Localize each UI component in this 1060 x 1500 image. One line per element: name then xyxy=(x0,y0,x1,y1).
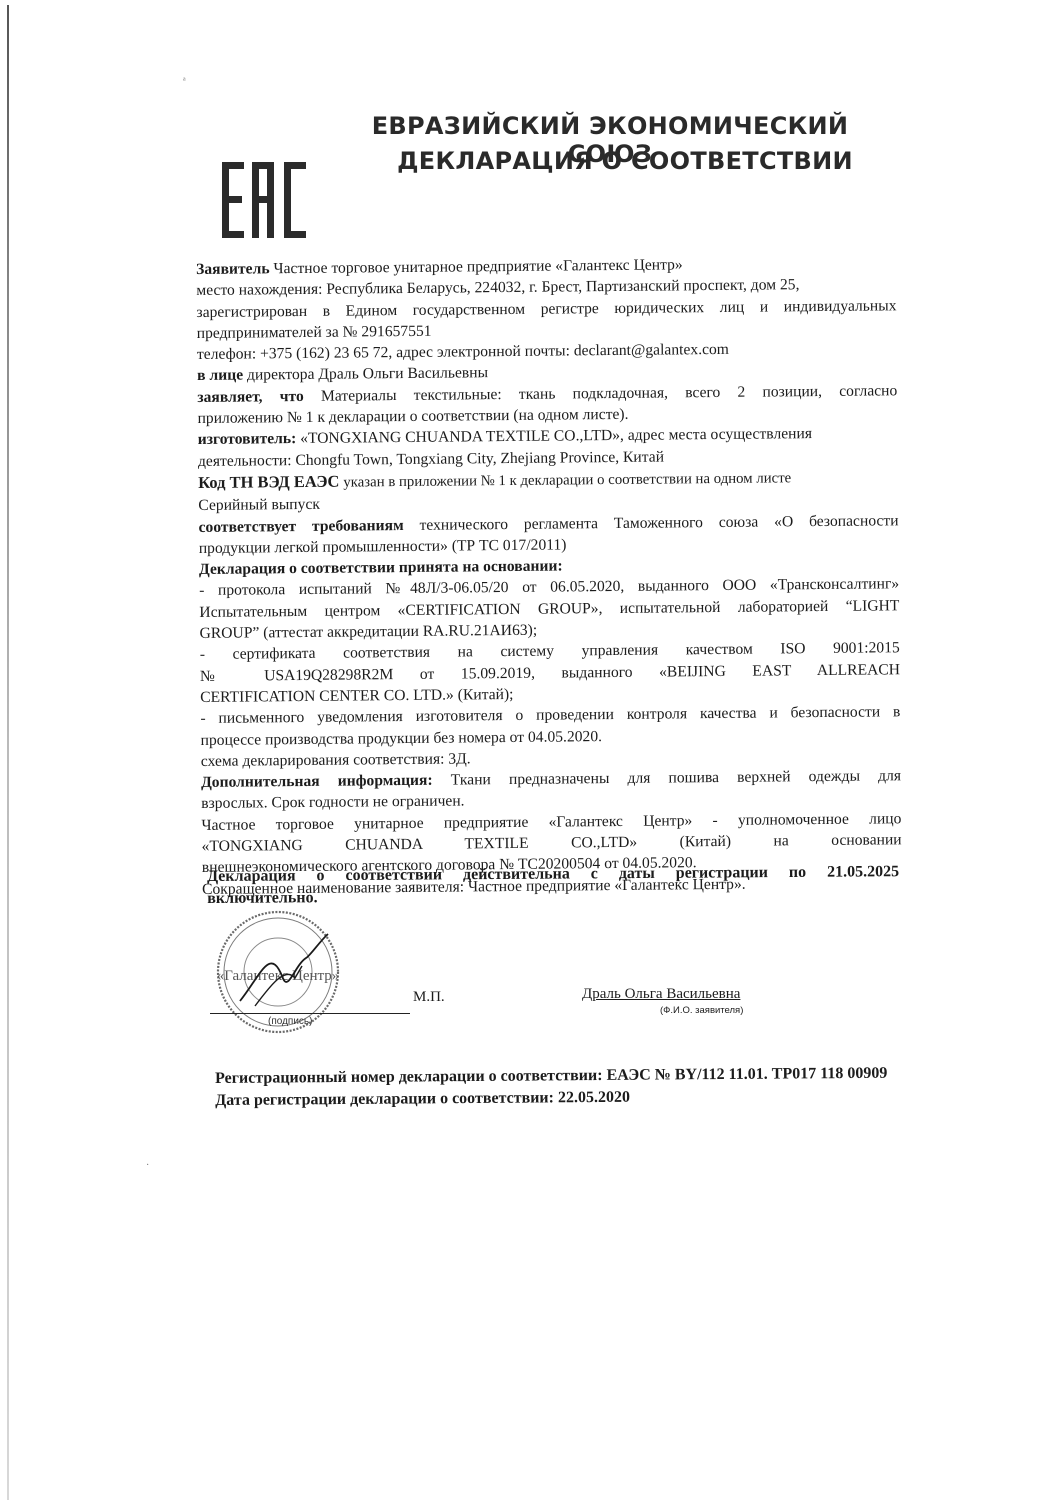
registration-block: Регистрационный номер декларации о соотв… xyxy=(215,1062,955,1112)
scan-speck: ᵃ xyxy=(183,75,186,86)
manufacturer-label: изготовитель: xyxy=(198,430,297,448)
additional-info-text: Ткани предназначены для пошива верхней о… xyxy=(451,767,901,788)
hs-code-label: Код ТН ВЭД ЕАЭС xyxy=(198,472,339,492)
signer-caption: (Ф.И.О. заявителя) xyxy=(660,1005,743,1016)
manufacturer-name: «TONGXIANG CHUANDA TEXTILE CO.,LTD», адр… xyxy=(300,425,812,447)
signature-line xyxy=(210,1013,410,1014)
seal-label: М.П. xyxy=(413,989,445,1006)
additional-info-label: Дополнительная информация: xyxy=(201,772,433,791)
complies-text: технического регламента Таможенного союз… xyxy=(419,512,898,534)
scan-speck: · xyxy=(146,1160,149,1171)
registration-date: Дата регистрации декларации о соответств… xyxy=(215,1084,955,1112)
validity-statement: Декларация о соответствии действительна … xyxy=(207,861,899,910)
scan-edge-line xyxy=(7,5,9,1500)
eac-logo-icon xyxy=(222,162,310,238)
declaration-body: Заявитель Частное торговое унитарное пре… xyxy=(196,252,902,900)
applicant-name: Частное торговое унитарное предприятие «… xyxy=(273,256,682,277)
complies-label: соответствует требованиям xyxy=(198,517,403,536)
hs-code-text: указан в приложении № 1 к декларации о с… xyxy=(343,470,791,490)
declares-label: заявляет, что xyxy=(197,388,304,406)
document-title: ДЕКЛАРАЦИЯ О СООТВЕТСТВИИ xyxy=(345,147,905,175)
basis-heading-text: Декларация о соответствии принята на осн… xyxy=(199,558,563,578)
signer-name: Драль Ольга Васильевна xyxy=(582,986,740,1003)
signature-caption: (подпись) xyxy=(268,1016,312,1027)
represented-label: в лице xyxy=(197,367,243,384)
applicant-label: Заявитель xyxy=(196,260,270,278)
represented-by: директора Драль Ольги Васильевны xyxy=(247,365,488,384)
product-description: Материалы текстильные: ткань подкладочна… xyxy=(321,382,897,405)
svg-text:«Галантекс Центр»: «Галантекс Центр» xyxy=(217,968,340,984)
